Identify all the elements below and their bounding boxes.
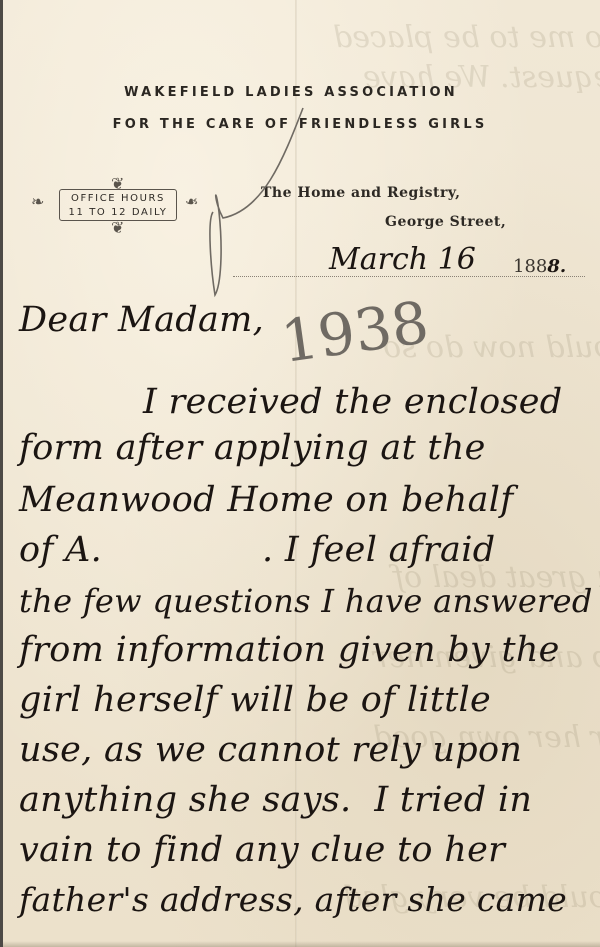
letter-page: the came to me to be placed at her own r… <box>0 0 600 947</box>
letter-line: of A. . I feel afraid <box>19 530 495 570</box>
letter-line: the few questions I have answered <box>19 582 593 620</box>
letter-line: vain to find any clue to her <box>19 830 505 870</box>
letterhead-address-line2: George Street, <box>385 214 506 230</box>
office-hours-title: OFFICE HOURS <box>60 192 176 206</box>
letter-line: form after applying at the <box>19 428 486 468</box>
pencil-check-mark-icon <box>203 100 313 300</box>
flourish-right-icon: ❧ <box>185 192 198 211</box>
bleed-through-text: the came to me to be placed <box>333 20 600 55</box>
letter-line: Meanwood Home on behalf <box>19 480 514 520</box>
letter-line: from information given by the <box>19 630 560 670</box>
letter-line: I received the enclosed <box>143 382 562 422</box>
flourish-left-icon: ❧ <box>31 192 44 211</box>
date-handwritten: March 16 <box>329 242 476 277</box>
letter-salutation: Dear Madam, <box>19 300 264 340</box>
letter-line: anything she says. I tried in <box>19 780 532 820</box>
paper-bottom-edge <box>3 941 600 947</box>
letter-line: use, as we cannot rely upon <box>19 730 522 770</box>
date-year: 1888. <box>513 256 566 277</box>
office-hours-times: 11 TO 12 DAILY <box>60 206 176 220</box>
letterhead-organization: WAKEFIELD LADIES ASSOCIATION <box>0 85 591 100</box>
letter-line: girl herself will be of little <box>19 680 491 720</box>
letter-line: father's address, after she came <box>19 880 567 919</box>
office-hours-cartouche: ❦ ❧ ❧ ❦ OFFICE HOURS 11 TO 12 DAILY <box>27 180 213 228</box>
office-hours-box: OFFICE HOURS 11 TO 12 DAILY <box>59 189 177 221</box>
